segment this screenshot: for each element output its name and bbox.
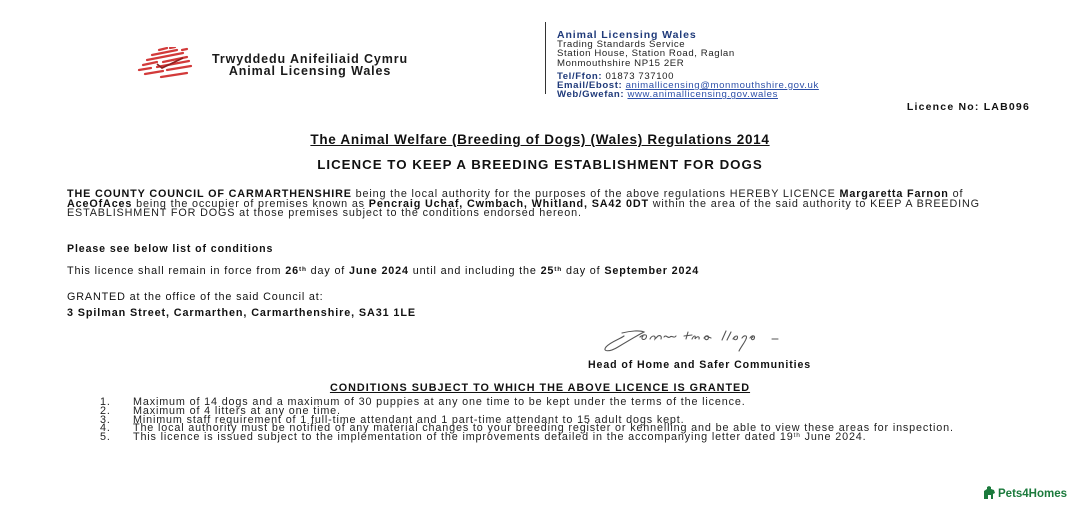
signature-image bbox=[600, 327, 840, 353]
contact-block: Animal Licensing Wales Trading Standards… bbox=[557, 31, 819, 99]
pets4homes-watermark: Pets4Homes bbox=[983, 486, 1067, 502]
validity-period: This licence shall remain in force from … bbox=[67, 267, 1017, 277]
condition-item: 5.This licence is issued subject to the … bbox=[100, 433, 1020, 442]
granted-text: GRANTED at the office of the said Counci… bbox=[67, 291, 324, 303]
start-day: 26th bbox=[285, 265, 307, 277]
org-name-english: Animal Licensing Wales bbox=[212, 65, 408, 77]
end-day: 25th bbox=[541, 265, 563, 277]
pets4homes-label: Pets4Homes bbox=[998, 488, 1067, 500]
website-link[interactable]: www.animallicensing.gov.wales bbox=[627, 89, 778, 100]
web-label: Web/Gwefan: bbox=[557, 89, 624, 100]
header-divider bbox=[545, 22, 546, 94]
pets4homes-logo-icon bbox=[983, 486, 996, 502]
licence-statement: THE COUNTY COUNCIL OF CARMARTHENSHIRE be… bbox=[67, 190, 1012, 219]
council-address: 3 Spilman Street, Carmarthen, Carmarthen… bbox=[67, 307, 416, 319]
conditions-list: 1.Maximum of 14 dogs and a maximum of 30… bbox=[100, 398, 1020, 442]
conditions-title: CONDITIONS SUBJECT TO WHICH THE ABOVE LI… bbox=[0, 382, 1080, 394]
end-month-year: September 2024 bbox=[604, 265, 699, 277]
start-month-year: June 2024 bbox=[349, 265, 409, 277]
signatory-role: Head of Home and Safer Communities bbox=[588, 359, 811, 371]
organisation-names: Trwyddedu Anifeiliaid Cymru Animal Licen… bbox=[212, 53, 408, 77]
regulation-title: The Animal Welfare (Breeding of Dogs) (W… bbox=[0, 132, 1080, 147]
contact-line: Monmouthshire NP15 2ER bbox=[557, 59, 819, 68]
striped-check-logo-icon bbox=[137, 47, 207, 79]
licence-number: Licence No: LAB096 bbox=[907, 101, 1030, 113]
see-conditions-note: Please see below list of conditions bbox=[67, 243, 273, 255]
contact-web: Web/Gwefan: www.animallicensing.gov.wale… bbox=[557, 90, 819, 99]
licence-title: LICENCE TO KEEP A BREEDING ESTABLISHMENT… bbox=[0, 157, 1080, 172]
